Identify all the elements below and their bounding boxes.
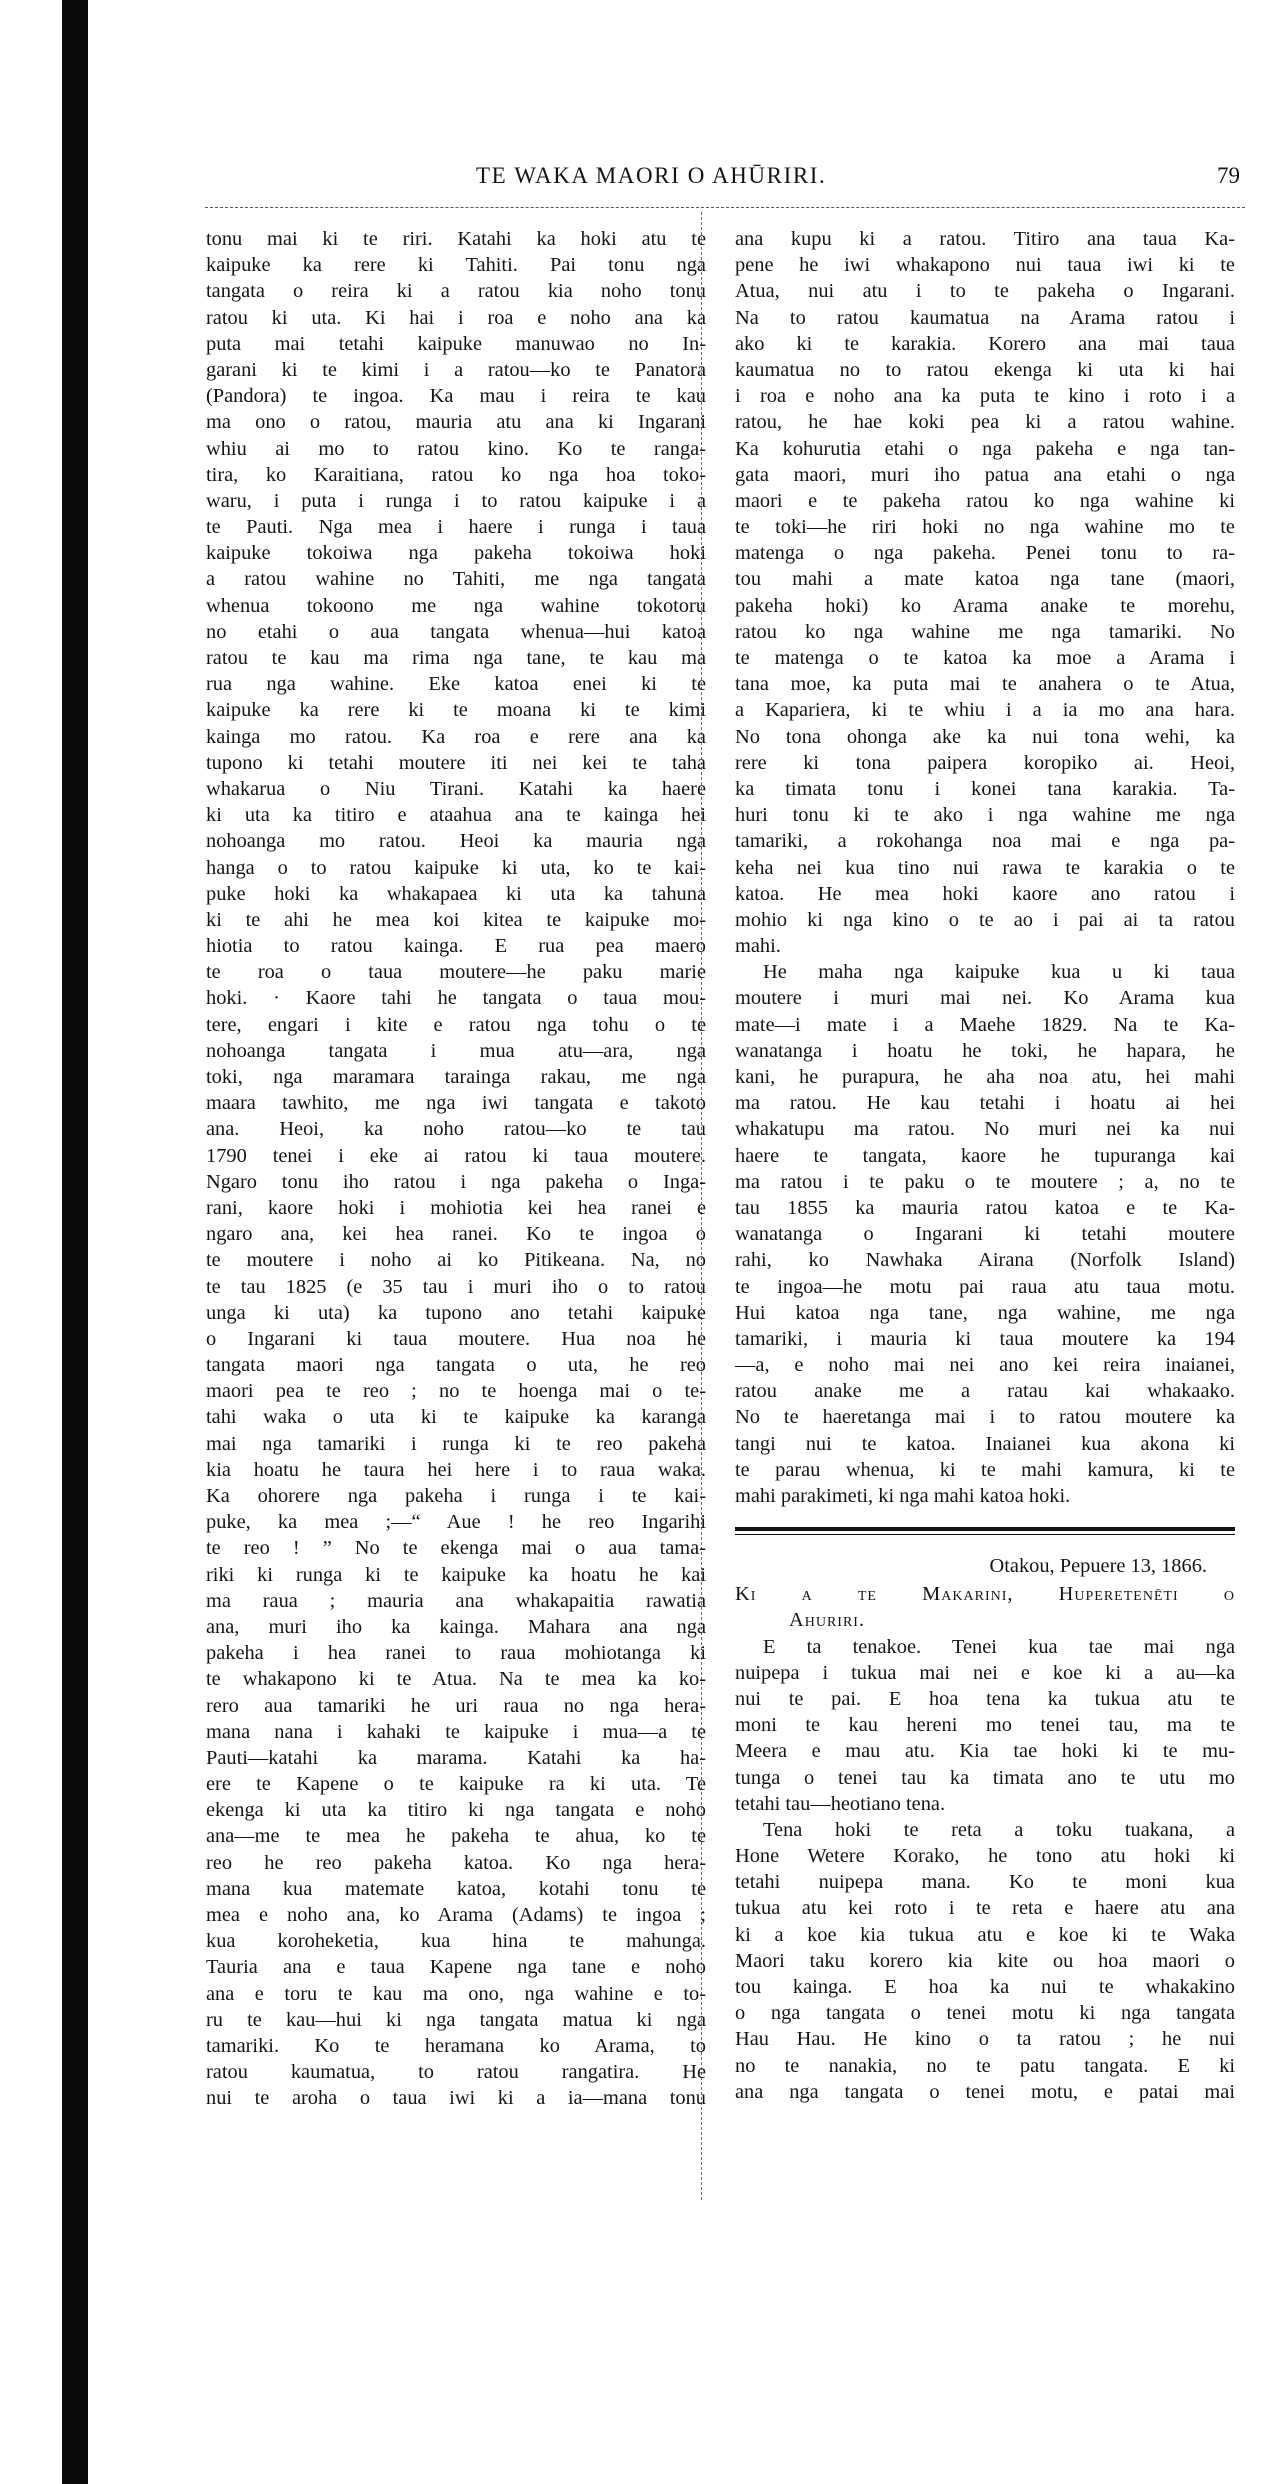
text-line: Hone Wetere Korako, he tono atu hoki ki (735, 1843, 1235, 1869)
text-line: pene he iwi whakapono nui taua iwi ki te (735, 252, 1235, 278)
left-column: tonu mai ki te riri. Katahi ka hoki atu … (206, 226, 706, 2112)
text-line: nui te pai. E hoa tena ka tukua atu te (735, 1686, 1235, 1712)
text-line: puke, ka mea ;—“ Aue ! he reo Ingarihi (206, 1509, 706, 1535)
text-line: ana kupu ki a ratou. Titiro ana taua Ka- (735, 226, 1235, 252)
text-line: i roa e noho ana ka puta te kino i roto … (735, 383, 1235, 409)
text-line: No tona ohonga ake ka nui tona wehi, ka (735, 724, 1235, 750)
text-line: kia hoatu he taura hei here i to raua wa… (206, 1457, 706, 1483)
text-line: ratou te kau ma rima nga tane, te kau ma (206, 645, 706, 671)
text-line: te tau 1825 (e 35 tau i muri iho o to ra… (206, 1274, 706, 1300)
text-line: ru te kau—hui ki nga tangata matua ki ng… (206, 2007, 706, 2033)
text-line: kani, he purapura, he aha noa atu, hei m… (735, 1064, 1235, 1090)
text-line: ratou, he hae koki pea ki a ratou wahine… (735, 409, 1235, 435)
text-line: ki a koe kia tukua atu e koe ki te Waka (735, 1922, 1235, 1948)
text-line: te moutere i noho ai ko Pitikeana. Na, n… (206, 1247, 706, 1273)
text-line: mana nana i kahaki te kaipuke i mua—a te (206, 1719, 706, 1745)
text-line: tau 1855 ka mauria ratou katoa e te Ka- (735, 1195, 1235, 1221)
text-line: kaumatua no to ratou ekenga ki uta ki ha… (735, 357, 1235, 383)
text-line: E ta tenakoe. Tenei kua tae mai nga (735, 1634, 1235, 1660)
text-line: tana moe, ka puta mai te anahera o te At… (735, 671, 1235, 697)
text-line: tira, ko Karaitiana, ratou ko nga hoa to… (206, 462, 706, 488)
text-line: Hui katoa nga tane, nga wahine, me nga (735, 1300, 1235, 1326)
text-line: nuipepa i tukua mai nei e koe ki a au—ka (735, 1660, 1235, 1686)
text-line: maara tawhito, me nga iwi tangata e tako… (206, 1090, 706, 1116)
text-line: ako ki te karakia. Korero ana mai taua (735, 331, 1235, 357)
text-line: ki uta ka titiro e ataahua ana te kainga… (206, 802, 706, 828)
text-line: Meera e mau atu. Kia tae hoki ki te mu- (735, 1738, 1235, 1764)
text-line: pakeha i hea ranei to raua mohiotanga ki (206, 1640, 706, 1666)
text-line: tetahi tau—heotiano tena. (735, 1791, 1235, 1817)
text-line: tou mahi a mate katoa nga tane (maori, (735, 566, 1235, 592)
text-line: no etahi o aua tangata whenua—hui katoa (206, 619, 706, 645)
text-line: ratou ko nga wahine me nga tamariki. No (735, 619, 1235, 645)
text-line: te reo ! ” No te ekenga mai o aua tama- (206, 1535, 706, 1561)
letter-paragraph-1: E ta tenakoe. Tenei kua tae mai nganuipe… (735, 1634, 1235, 1817)
text-line: Tauria ana e taua Kapene nga tane e noho (206, 1954, 706, 1980)
text-line: Ngaro tonu iho ratou i nga pakeha o Inga… (206, 1169, 706, 1195)
text-line: hanga o to ratou kaipuke ki uta, ko te k… (206, 855, 706, 881)
text-line: kaipuke tokoiwa nga pakeha tokoiwa hoki (206, 540, 706, 566)
text-line: te ingoa—he motu pai raua atu taua motu. (735, 1274, 1235, 1300)
text-line: ratou ki uta. Ki hai i roa e noho ana ka (206, 305, 706, 331)
text-line: rani, kaore hoki i mohiotia kei hea rane… (206, 1195, 706, 1221)
text-line: Maori taku korero kia kite ou hoa maori … (735, 1948, 1235, 1974)
text-line: ekenga ki uta ka titiro ki nga tangata e… (206, 1797, 706, 1823)
text-line: huri tonu ki te ako i nga wahine me nga (735, 802, 1235, 828)
text-line: whakarua o Niu Tirani. Katahi ka haere (206, 776, 706, 802)
text-line: tupono ki tetahi moutere iti nei kei te … (206, 750, 706, 776)
text-line: keha nei kua tino nui rawa te karakia o … (735, 855, 1235, 881)
text-line: moni te kau hereni mo tenei tau, ma te (735, 1712, 1235, 1738)
header-rule (205, 207, 1245, 208)
text-line: mea e noho ana, ko Arama (Adams) te ingo… (206, 1902, 706, 1928)
text-line: tere, engari i kite e ratou nga tohu o t… (206, 1012, 706, 1038)
text-line: haere te tangata, kaore he tupuranga kai (735, 1143, 1235, 1169)
salutation-line-2: Ahuriri. (735, 1607, 1235, 1633)
text-line: matenga o nga pakeha. Penei tonu to ra- (735, 540, 1235, 566)
text-line: mahi parakimeti, ki nga mahi katoa hoki. (735, 1483, 1235, 1509)
text-line: te whakapono ki te Atua. Na te mea ka ko… (206, 1666, 706, 1692)
text-line: nohoanga mo ratou. Heoi ka mauria nga (206, 828, 706, 854)
text-line: garani ki te kimi i a ratou—ko te Panato… (206, 357, 706, 383)
text-line: whenua tokoono me nga wahine tokotoru (206, 593, 706, 619)
text-line: mahi. (735, 933, 1235, 959)
text-line: kaipuke ka rere ki te moana ki te kimi (206, 697, 706, 723)
article-paragraph-2: He maha nga kaipuke kua u ki tauamoutere… (735, 959, 1235, 1509)
text-line: tamariki, i mauria ki taua moutere ka 19… (735, 1326, 1235, 1352)
text-line: hiotia to ratou kainga. E rua pea maero (206, 933, 706, 959)
text-line: tou kainga. E hoa ka nui te whakakino (735, 1974, 1235, 2000)
text-line: Hau Hau. He kino o ta ratou ; he nui (735, 2026, 1235, 2052)
text-line: tamariki. Ko te heramana ko Arama, to (206, 2033, 706, 2059)
text-line: a Kapariera, ki te whiu i a ia mo ana ha… (735, 697, 1235, 723)
text-line: ma ratou. He kau tetahi i hoatu ai hei (735, 1090, 1235, 1116)
text-line: Ka ohorere nga pakeha i runga i te kai- (206, 1483, 706, 1509)
text-line: ana. Heoi, ka noho ratou—ko te tau (206, 1116, 706, 1142)
page-number: 79 (1180, 163, 1240, 189)
text-line: rua nga wahine. Eke katoa enei ki te (206, 671, 706, 697)
text-line: maori pea te reo ; no te hoenga mai o te… (206, 1378, 706, 1404)
text-line: tangi nui te katoa. Inaianei kua akona k… (735, 1431, 1235, 1457)
text-line: waru, i puta i runga i to ratou kaipuke … (206, 488, 706, 514)
text-line: te matenga o te katoa ka moe a Arama i (735, 645, 1235, 671)
text-line: Atua, nui atu i to te pakeha o Ingarani. (735, 278, 1235, 304)
text-line: kaipuke ka rere ki Tahiti. Pai tonu nga (206, 252, 706, 278)
text-line: te parau whenua, ki te mahi kamura, ki t… (735, 1457, 1235, 1483)
text-line: tetahi nuipepa mana. Ko te moni kua (735, 1869, 1235, 1895)
text-line: ma raua ; mauria ana whakapaitia rawatia (206, 1588, 706, 1614)
text-line: tangata o reira ki a ratou kia noho tonu (206, 278, 706, 304)
text-line: tunga o tenei tau ka timata ano te utu m… (735, 1765, 1235, 1791)
text-line: kainga mo ratou. Ka roa e rere ana ka (206, 724, 706, 750)
salutation-line-1: Ki a te Makarini, Huperetenēti o (735, 1581, 1235, 1607)
text-line: kua koroheketia, kua hina te mahunga. (206, 1928, 706, 1954)
text-line: 1790 tenei i eke ai ratou ki taua mouter… (206, 1143, 706, 1169)
text-line: ere te Kapene o te kaipuke ra ki uta. Te (206, 1771, 706, 1797)
text-line: ana—me te mea he pakeha te ahua, ko te (206, 1823, 706, 1849)
letter: Otakou, Pepuere 13, 1866. Ki a te Makari… (735, 1553, 1235, 2105)
text-line: puke hoki ka whakapaea ki uta ka tahuna (206, 881, 706, 907)
text-line: (Pandora) te ingoa. Ka mau i reira te ka… (206, 383, 706, 409)
text-line: hoki. · Kaore tahi he tangata o taua mou… (206, 985, 706, 1011)
text-line: tangata maori nga tangata o uta, he reo (206, 1352, 706, 1378)
text-line: riki ki runga ki te kaipuke ka hoatu he … (206, 1562, 706, 1588)
article-continuation: ana kupu ki a ratou. Titiro ana taua Ka-… (735, 226, 1235, 959)
text-line: ratou anake me a ratau kai whakaako. (735, 1378, 1235, 1404)
text-line: ki te ahi he mea koi kitea te kaipuke mo… (206, 907, 706, 933)
text-line: maori e te pakeha ratou ko nga wahine ki (735, 488, 1235, 514)
text-line: tahi waka o uta ki te kaipuke ka karanga (206, 1404, 706, 1430)
text-line: He maha nga kaipuke kua u ki taua (735, 959, 1235, 985)
text-line: rahi, ko Nawhaka Airana (Norfolk Island) (735, 1247, 1235, 1273)
text-line: rere ki tona paipera koropiko ai. Heoi, (735, 750, 1235, 776)
text-line: Pauti—katahi ka marama. Katahi ka ha- (206, 1745, 706, 1771)
text-line: puta mai tetahi kaipuke manuwao no In- (206, 331, 706, 357)
text-line: unga ki uta) ka tupono ano tetahi kaipuk… (206, 1300, 706, 1326)
right-column: ana kupu ki a ratou. Titiro ana taua Ka-… (735, 226, 1235, 2105)
text-line: whakatupu ma ratou. No muri nei ka nui (735, 1116, 1235, 1142)
text-line: Tena hoki te reta a toku tuakana, a (735, 1817, 1235, 1843)
text-line: pakeha hoki) ko Arama anake te morehu, (735, 593, 1235, 619)
text-line: nohoanga tangata i mua atu—ara, nga (206, 1038, 706, 1064)
text-line: te Pauti. Nga mea i haere i runga i taua (206, 514, 706, 540)
running-head: TE WAKA MAORI O AHŪRIRI. (476, 163, 946, 189)
letter-salutation: Ki a te Makarini, Huperetenēti o Ahuriri… (735, 1581, 1235, 1633)
text-line: ka timata tonu i konei tana karakia. Ta- (735, 776, 1235, 802)
text-line: wanatanga o Ingarani ki tetahi moutere (735, 1221, 1235, 1247)
binding-edge-bar (62, 0, 88, 2484)
text-line: te roa o taua moutere—he paku marie (206, 959, 706, 985)
text-line: ana e toru te kau ma ono, nga wahine e t… (206, 1981, 706, 2007)
text-line: ana, muri iho ka kainga. Mahara ana nga (206, 1614, 706, 1640)
text-line: katoa. He mea hoki kaore ano ratou i (735, 881, 1235, 907)
text-line: ma ratou i te paku o te moutere ; a, no … (735, 1169, 1235, 1195)
text-line: mai nga tamariki i runga ki te reo pakeh… (206, 1431, 706, 1457)
text-line: moutere i muri mai nei. Ko Arama kua (735, 985, 1235, 1011)
text-line: ma ono o ratou, mauria atu ana ki Ingara… (206, 409, 706, 435)
text-line: tamariki, a rokohanga noa mai e nga pa- (735, 828, 1235, 854)
text-line: ana nga tangata o tenei motu, e patai ma… (735, 2079, 1235, 2105)
text-line: gata maori, muri iho patua ana etahi o n… (735, 462, 1235, 488)
text-line: ngaro ana, kei hea ranei. Ko te ingoa o (206, 1221, 706, 1247)
text-line: a ratou wahine no Tahiti, me nga tangata (206, 566, 706, 592)
text-line: rero aua tamariki he uri raua no nga her… (206, 1693, 706, 1719)
text-line: mate—i mate i a Maehe 1829. Na te Ka- (735, 1012, 1235, 1038)
text-line: toki, nga maramara tarainga rakau, me ng… (206, 1064, 706, 1090)
text-line: mohio ki nga kino o te ao i pai ai ta ra… (735, 907, 1235, 933)
text-line: wanatanga i hoatu he toki, he hapara, he (735, 1038, 1235, 1064)
letter-dateline: Otakou, Pepuere 13, 1866. (735, 1553, 1235, 1581)
letter-paragraph-2: Tena hoki te reta a toku tuakana, aHone … (735, 1817, 1235, 2105)
section-double-rule (735, 1527, 1235, 1535)
text-line: mana kua matemate katoa, kotahi tonu te (206, 1876, 706, 1902)
text-line: —a, e noho mai nei ano kei reira inaiane… (735, 1352, 1235, 1378)
text-line: o Ingarani ki taua moutere. Hua noa he (206, 1326, 706, 1352)
text-line: whiu ai mo to ratou kino. Ko te ranga- (206, 436, 706, 462)
text-line: o nga tangata o tenei motu ki nga tangat… (735, 2000, 1235, 2026)
text-line: tonu mai ki te riri. Katahi ka hoki atu … (206, 226, 706, 252)
text-line: no te nanakia, no te patu tangata. E ki (735, 2053, 1235, 2079)
text-line: te toki—he riri hoki no nga wahine mo te (735, 514, 1235, 540)
text-line: ratou kaumatua, to ratou rangatira. He (206, 2059, 706, 2085)
text-line: No te haeretanga mai i to ratou moutere … (735, 1404, 1235, 1430)
text-line: Ka kohurutia etahi o nga pakeha e nga ta… (735, 436, 1235, 462)
text-line: tukua atu kei roto i te reta e haere atu… (735, 1895, 1235, 1921)
text-line: reo he reo pakeha katoa. Ko nga hera- (206, 1850, 706, 1876)
text-line: nui te aroha o taua iwi ki a ia—mana ton… (206, 2085, 706, 2111)
text-line: Na to ratou kaumatua na Arama ratou i (735, 305, 1235, 331)
